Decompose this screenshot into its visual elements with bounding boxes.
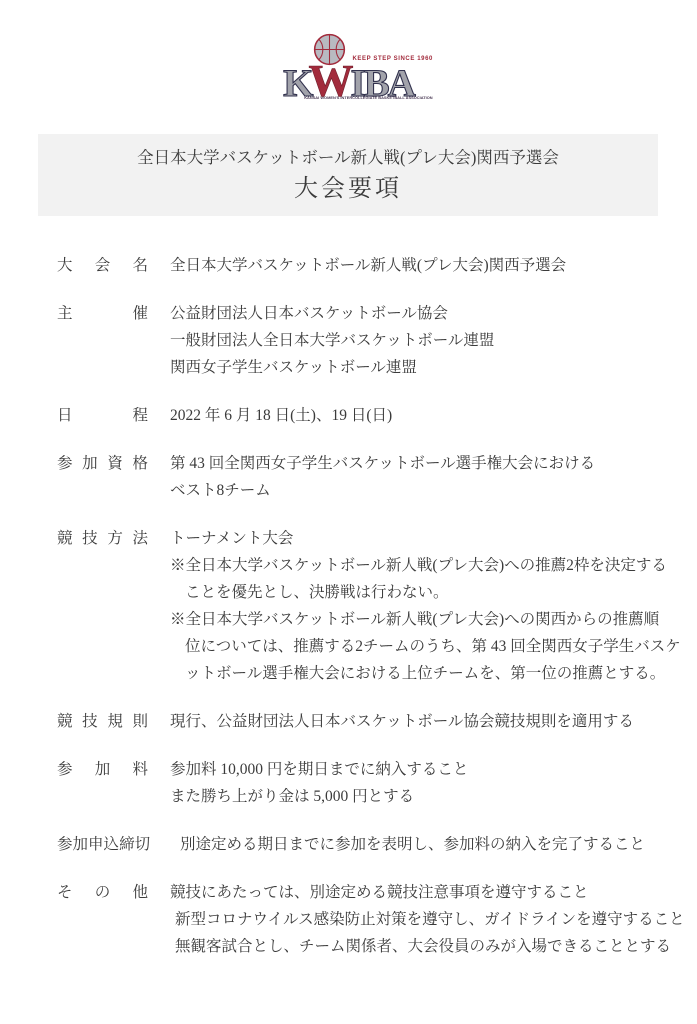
section-label: 参加資格 xyxy=(57,450,148,477)
section-eligibility: 参加資格 第 43 回全関西女子学生バスケットボール選手権大会における ベスト8… xyxy=(57,450,657,504)
guideline-sections: 大会名 全日本大学バスケットボール新人戦(プレ大会)関西予選会 主催 公益財団法… xyxy=(57,252,657,960)
section-competition-rules: 競技規則 現行、公益財団法人日本バスケットボール協会競技規則を適用する xyxy=(57,708,657,735)
section-application-deadline: 参加申込締切 別途定める期日までに参加を表明し、参加料の納入を完了すること xyxy=(57,831,657,858)
section-label: その他 xyxy=(57,879,148,906)
section-text: トーナメント大会 xyxy=(170,525,681,552)
section-text: 第 43 回全関西女子学生バスケットボール選手権大会における xyxy=(170,450,595,477)
section-text: 公益財団法人日本バスケットボール協会 xyxy=(170,300,494,327)
section-entry-fee: 参加料 参加料 10,000 円を期日までに納入すること また勝ち上がり金は 5… xyxy=(57,756,657,810)
section-label: 主催 xyxy=(57,300,148,327)
section-text: ベスト8チーム xyxy=(170,477,595,504)
section-text: 一般財団法人全日本大学バスケットボール連盟 xyxy=(170,327,494,354)
page-title: 大会要項 xyxy=(48,174,648,204)
section-label: 参加申込締切 xyxy=(57,831,148,858)
section-text: 位については、推薦する2チームのうち、第 43 回全関西女子学生バスケ xyxy=(170,633,681,660)
section-text: 2022 年 6 月 18 日(土)、19 日(日) xyxy=(170,402,392,429)
section-text: ※全日本大学バスケットボール新人戦(プレ大会)への推薦2枠を決定する xyxy=(170,552,681,579)
section-text: ことを優先とし、決勝戦は行わない。 xyxy=(170,579,681,606)
section-label: 参加料 xyxy=(57,756,148,783)
section-text: 参加料 10,000 円を期日までに納入すること xyxy=(170,756,468,783)
section-label: 競技方法 xyxy=(57,525,148,552)
section-organizer: 主催 公益財団法人日本バスケットボール協会 一般財団法人全日本大学バスケットボー… xyxy=(57,300,657,381)
section-text: 全日本大学バスケットボール新人戦(プレ大会)関西予選会 xyxy=(170,252,566,279)
section-text: 新型コロナウイルス感染防止対策を遵守し、ガイドラインを遵守すること xyxy=(170,906,685,933)
section-other: その他 競技にあたっては、別途定める競技注意事項を遵守すること 新型コロナウイル… xyxy=(57,879,657,960)
title-band: 全日本大学バスケットボール新人戦(プレ大会)関西予選会 大会要項 xyxy=(38,134,658,216)
section-text: ※全日本大学バスケットボール新人戦(プレ大会)への関西からの推薦順 xyxy=(170,606,681,633)
tournament-subtitle: 全日本大学バスケットボール新人戦(プレ大会)関西予選会 xyxy=(48,147,648,169)
section-label: 競技規則 xyxy=(57,708,148,735)
section-text: 現行、公益財団法人日本バスケットボール協会競技規則を適用する xyxy=(170,708,634,735)
document-page: KEEP STEP SINCE 1960 K W IBA KANSAI WOME… xyxy=(0,0,697,1024)
section-schedule: 日程 2022 年 6 月 18 日(土)、19 日(日) xyxy=(57,402,657,429)
section-label: 日程 xyxy=(57,402,148,429)
section-competition-method: 競技方法 トーナメント大会 ※全日本大学バスケットボール新人戦(プレ大会)への推… xyxy=(57,525,657,687)
section-label: 大会名 xyxy=(57,252,148,279)
section-text: 無観客試合とし、チーム関係者、大会役員のみが入場できることとする xyxy=(170,933,685,960)
section-text: ットボール選手権大会における上位チームを、第一位の推薦とする。 xyxy=(170,660,681,687)
section-text: 競技にあたっては、別途定める競技注意事項を遵守すること xyxy=(170,879,685,906)
section-text: 別途定める期日までに参加を表明し、参加料の納入を完了すること xyxy=(180,831,645,858)
kwiba-logo: KEEP STEP SINCE 1960 K W IBA KANSAI WOME… xyxy=(269,33,429,101)
section-text: また勝ち上がり金は 5,000 円とする xyxy=(170,783,468,810)
wordmark-w: W xyxy=(308,59,353,104)
section-text: 関西女子学生バスケットボール連盟 xyxy=(170,354,494,381)
section-tournament-name: 大会名 全日本大学バスケットボール新人戦(プレ大会)関西予選会 xyxy=(57,252,657,279)
